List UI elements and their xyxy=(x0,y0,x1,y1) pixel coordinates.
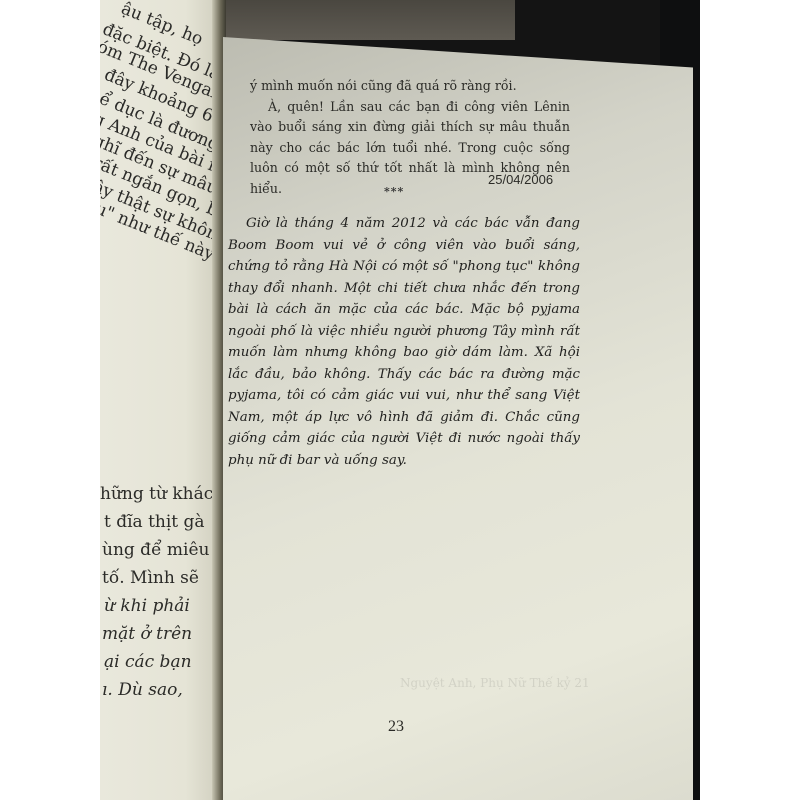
background-object xyxy=(215,0,515,40)
bleed-through-text: Nguyệt Anh, Phụ Nữ Thế kỷ 21 xyxy=(400,676,590,690)
paragraph: ý mình muốn nói cũng đã quá rõ ràng rồi. xyxy=(250,76,570,97)
left-page-line: ại các bạn xyxy=(104,652,192,672)
left-page-line: t đĩa thịt gà xyxy=(104,512,205,532)
left-page-line: hững từ khác xyxy=(100,484,213,504)
left-page-line: ừ khi phải xyxy=(104,596,190,616)
section-separator: *** xyxy=(384,185,404,198)
left-page: ậu tập, họ t đặc biệt. Đó là hóm The Ven… xyxy=(100,0,222,800)
left-page-line: ı. Dù sao, xyxy=(102,680,183,700)
afterword-text: Giờ là tháng 4 năm 2012 và các bác vẫn đ… xyxy=(228,213,580,471)
italic-paragraph: Giờ là tháng 4 năm 2012 và các bác vẫn đ… xyxy=(228,213,580,471)
date-stamp: 25/04/2006 xyxy=(488,172,553,187)
left-page-line: tố. Mình sẽ xyxy=(102,568,199,588)
left-page-line: mặt ở trên xyxy=(102,624,192,644)
left-page-line: ùng để miêu xyxy=(102,540,210,560)
page-number: 23 xyxy=(388,718,404,736)
